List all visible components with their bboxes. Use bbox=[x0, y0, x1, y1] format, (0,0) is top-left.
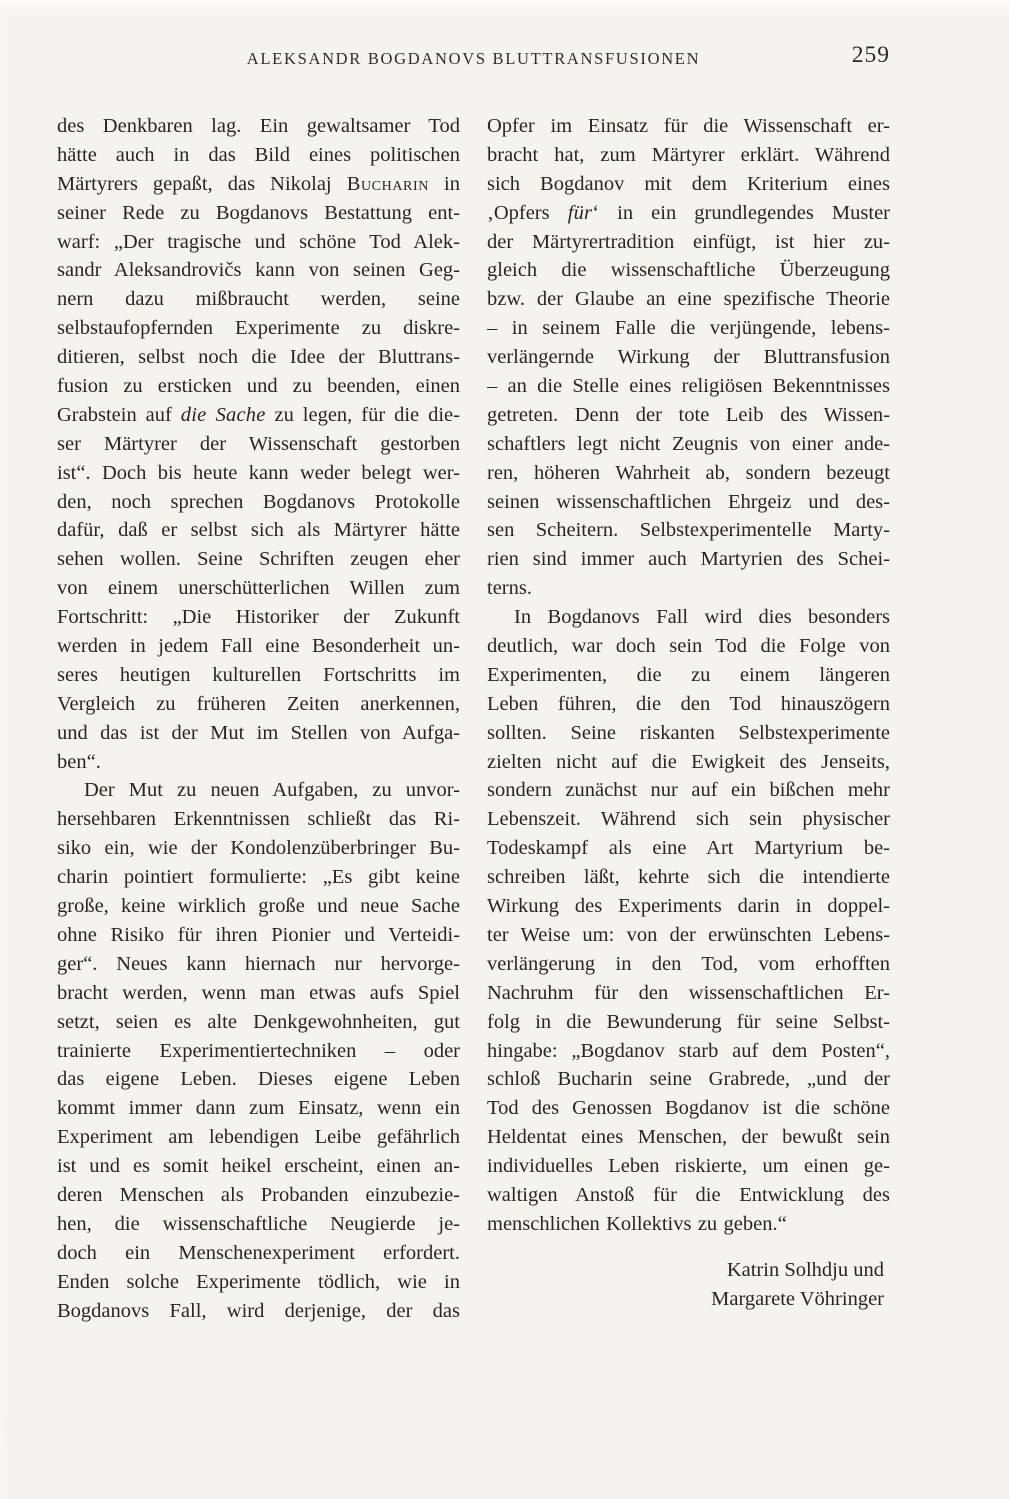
text-line: Leben führen, die den Tod hinauszögern bbox=[487, 690, 890, 719]
text-line: ser Märtyrer der Wissenschaft gestorben bbox=[57, 430, 460, 459]
text-line: von einem unerschütterlichen Willen zum bbox=[57, 574, 460, 603]
text-line: In Bogdanovs Fall wird dies besonders bbox=[487, 603, 890, 632]
text-line: individuelles Leben riskierte, um einen … bbox=[487, 1152, 890, 1181]
text-line: Todeskampf als eine Art Martyrium be- bbox=[487, 834, 890, 863]
text-line: Experimenten, die zu einem längeren bbox=[487, 661, 890, 690]
text-line: Tod des Genossen Bogdanov ist die schöne bbox=[487, 1094, 890, 1123]
text-line: waltigen Anstoß für die Entwicklung des bbox=[487, 1181, 890, 1210]
text-line: sich Bogdanov mit dem Kriterium eines bbox=[487, 170, 890, 199]
signature-line: Katrin Solhdju und bbox=[487, 1256, 890, 1285]
text-line: hätte auch in das Bild eines politischen bbox=[57, 141, 460, 170]
text-line: folg in die Bewunderung für seine Selbst… bbox=[487, 1008, 890, 1037]
text-line: verlängerung in den Tod, vom erhofften bbox=[487, 950, 890, 979]
text-line: doch ein Menschenexperiment erfordert. bbox=[57, 1239, 460, 1268]
text-line: Grabstein auf die Sache zu legen, für di… bbox=[57, 401, 460, 430]
text-line: Fortschritt: „Die Historiker der Zukunft bbox=[57, 603, 460, 632]
text-line: deren Menschen als Probanden einzubezie- bbox=[57, 1181, 460, 1210]
text-line: terns. bbox=[487, 574, 890, 603]
text-line: seiner Rede zu Bogdanovs Bestattung ent- bbox=[57, 199, 460, 228]
text-line: Wirkung des Experiments darin in doppel- bbox=[487, 892, 890, 921]
text-line: hingabe: „Bogdanov starb auf dem Posten“… bbox=[487, 1037, 890, 1066]
text-line: ditieren, selbst noch die Idee der Blutt… bbox=[57, 343, 460, 372]
text-line: dafür, daß er selbst sich als Märtyrer h… bbox=[57, 516, 460, 545]
text-line: das eigene Leben. Dieses eigene Leben bbox=[57, 1065, 460, 1094]
text-line: gleich die wissenschaftliche Überzeugung bbox=[487, 256, 890, 285]
text-line: sandr Aleksandrovičs kann von seinen Geg… bbox=[57, 256, 460, 285]
text-line: Bogdanovs Fall, wird derjenige, der das bbox=[57, 1297, 460, 1326]
text-line: bracht hat, zum Märtyrer erklärt. Währen… bbox=[487, 141, 890, 170]
text-line: – in seinem Falle die verjüngende, leben… bbox=[487, 314, 890, 343]
text-line: ter Weise um: von der erwünschten Lebens… bbox=[487, 921, 890, 950]
text-line: kommt immer dann zum Einsatz, wenn ein bbox=[57, 1094, 460, 1123]
text-line: hersehbaren Erkenntnissen schließt das R… bbox=[57, 805, 460, 834]
text-line: ‚Opfers für‘ in ein grundlegendes Muster bbox=[487, 199, 890, 228]
small-caps-name: Bucharin bbox=[347, 173, 429, 195]
running-title: ALEKSANDR BOGDANOVS BLUTTRANSFUSIONEN bbox=[57, 49, 890, 69]
authors-signature: Katrin Solhdju undMargarete Vöhringer bbox=[487, 1256, 890, 1314]
text-line: setzt, seien es alte Denkgewohnheiten, g… bbox=[57, 1008, 460, 1037]
two-column-text-block: des Denkbaren lag. Ein gewaltsamer Todhä… bbox=[57, 112, 890, 1325]
text-line: ohne Risiko für ihren Pionier und Vertei… bbox=[57, 921, 460, 950]
text-line: sollten. Seine riskanten Selbstexperimen… bbox=[487, 719, 890, 748]
text-line: siko ein, wie der Kondolenzüberbringer B… bbox=[57, 834, 460, 863]
text-line: menschlichen Kollektivs zu geben.“ bbox=[487, 1210, 890, 1239]
text-line: rien sind immer auch Martyrien des Schei… bbox=[487, 545, 890, 574]
text-line: deutlich, war doch sein Tod die Folge vo… bbox=[487, 632, 890, 661]
signature-line: Margarete Vöhringer bbox=[487, 1285, 890, 1314]
text-line: Opfer im Einsatz für die Wissenschaft er… bbox=[487, 112, 890, 141]
text-line: ist“. Doch bis heute kann weder belegt w… bbox=[57, 459, 460, 488]
text-line: ren, höheren Wahrheit ab, sondern bezeug… bbox=[487, 459, 890, 488]
text-line: werden in jedem Fall eine Besonderheit u… bbox=[57, 632, 460, 661]
text-line: der Märtyrertradition einfügt, ist hier … bbox=[487, 228, 890, 257]
text-line: – an die Stelle eines religiösen Bekennt… bbox=[487, 372, 890, 401]
text-line: selbstaufopfernden Experimente zu diskre… bbox=[57, 314, 460, 343]
italic-text: für bbox=[568, 202, 593, 224]
text-line: Nachruhm für den wissenschaftlichen Er- bbox=[487, 979, 890, 1008]
text-line: getreten. Denn der tote Leib des Wissen- bbox=[487, 401, 890, 430]
text-line: bzw. der Glaube an eine spezifische Theo… bbox=[487, 285, 890, 314]
text-line: bracht werden, wenn man etwas aufs Spiel bbox=[57, 979, 460, 1008]
text-line: und das ist der Mut im Stellen von Aufga… bbox=[57, 719, 460, 748]
italic-text: die Sache bbox=[181, 404, 266, 426]
text-line: ger“. Neues kann hiernach nur hervorge- bbox=[57, 950, 460, 979]
text-line: des Denkbaren lag. Ein gewaltsamer Tod bbox=[57, 112, 460, 141]
running-head: ALEKSANDR BOGDANOVS BLUTTRANSFUSIONEN 25… bbox=[57, 42, 890, 76]
text-line: Heldentat eines Menschen, der bewußt sei… bbox=[487, 1123, 890, 1152]
text-line: charin pointiert formulierte: „Es gibt k… bbox=[57, 863, 460, 892]
left-column: des Denkbaren lag. Ein gewaltsamer Todhä… bbox=[57, 112, 460, 1325]
text-line: ben“. bbox=[57, 748, 460, 777]
text-line: den, noch sprechen Bogdanovs Protokolle bbox=[57, 488, 460, 517]
text-line: nern dazu mißbraucht werden, seine bbox=[57, 285, 460, 314]
text-line: schloß Bucharin seine Grabrede, „und der bbox=[487, 1065, 890, 1094]
text-line: große, keine wirklich große und neue Sac… bbox=[57, 892, 460, 921]
text-line: sehen wollen. Seine Schriften zeugen ehe… bbox=[57, 545, 460, 574]
text-line: trainierte Experimentiertechniken – oder bbox=[57, 1037, 460, 1066]
text-line: sondern zunächst nur auf ein bißchen meh… bbox=[487, 776, 890, 805]
text-line: sen Scheitern. Selbstexperimentelle Mart… bbox=[487, 516, 890, 545]
text-line: hen, die wissenschaftliche Neugierde je- bbox=[57, 1210, 460, 1239]
text-line: Experiment am lebendigen Leibe gefährlic… bbox=[57, 1123, 460, 1152]
text-line: verlängernde Wirkung der Bluttransfusion bbox=[487, 343, 890, 372]
scanned-book-page: ALEKSANDR BOGDANOVS BLUTTRANSFUSIONEN 25… bbox=[0, 0, 1009, 1499]
text-line: Vergleich zu früheren Zeiten anerkennen, bbox=[57, 690, 460, 719]
text-line: Märtyrers gepaßt, das Nikolaj Bucharin i… bbox=[57, 170, 460, 199]
text-line: seinen wissenschaftlichen Ehrgeiz und de… bbox=[487, 488, 890, 517]
text-line: Der Mut zu neuen Aufgaben, zu unvor- bbox=[57, 776, 460, 805]
right-column: Opfer im Einsatz für die Wissenschaft er… bbox=[487, 112, 890, 1325]
text-line: Lebenszeit. Während sich sein physischer bbox=[487, 805, 890, 834]
text-line: fusion zu ersticken und zu beenden, eine… bbox=[57, 372, 460, 401]
text-line: schreiben läßt, kehrte sich die intendie… bbox=[487, 863, 890, 892]
text-line: ist und es somit heikel erscheint, einen… bbox=[57, 1152, 460, 1181]
text-line: warf: „Der tragische und schöne Tod Alek… bbox=[57, 228, 460, 257]
text-line: schaftlers legt nicht Zeugnis von einer … bbox=[487, 430, 890, 459]
text-line: zielten nicht auf die Ewigkeit des Jense… bbox=[487, 748, 890, 777]
text-line: Enden solche Experimente tödlich, wie in bbox=[57, 1268, 460, 1297]
text-line: seres heutigen kulturellen Fortschritts … bbox=[57, 661, 460, 690]
page-number: 259 bbox=[852, 42, 890, 69]
